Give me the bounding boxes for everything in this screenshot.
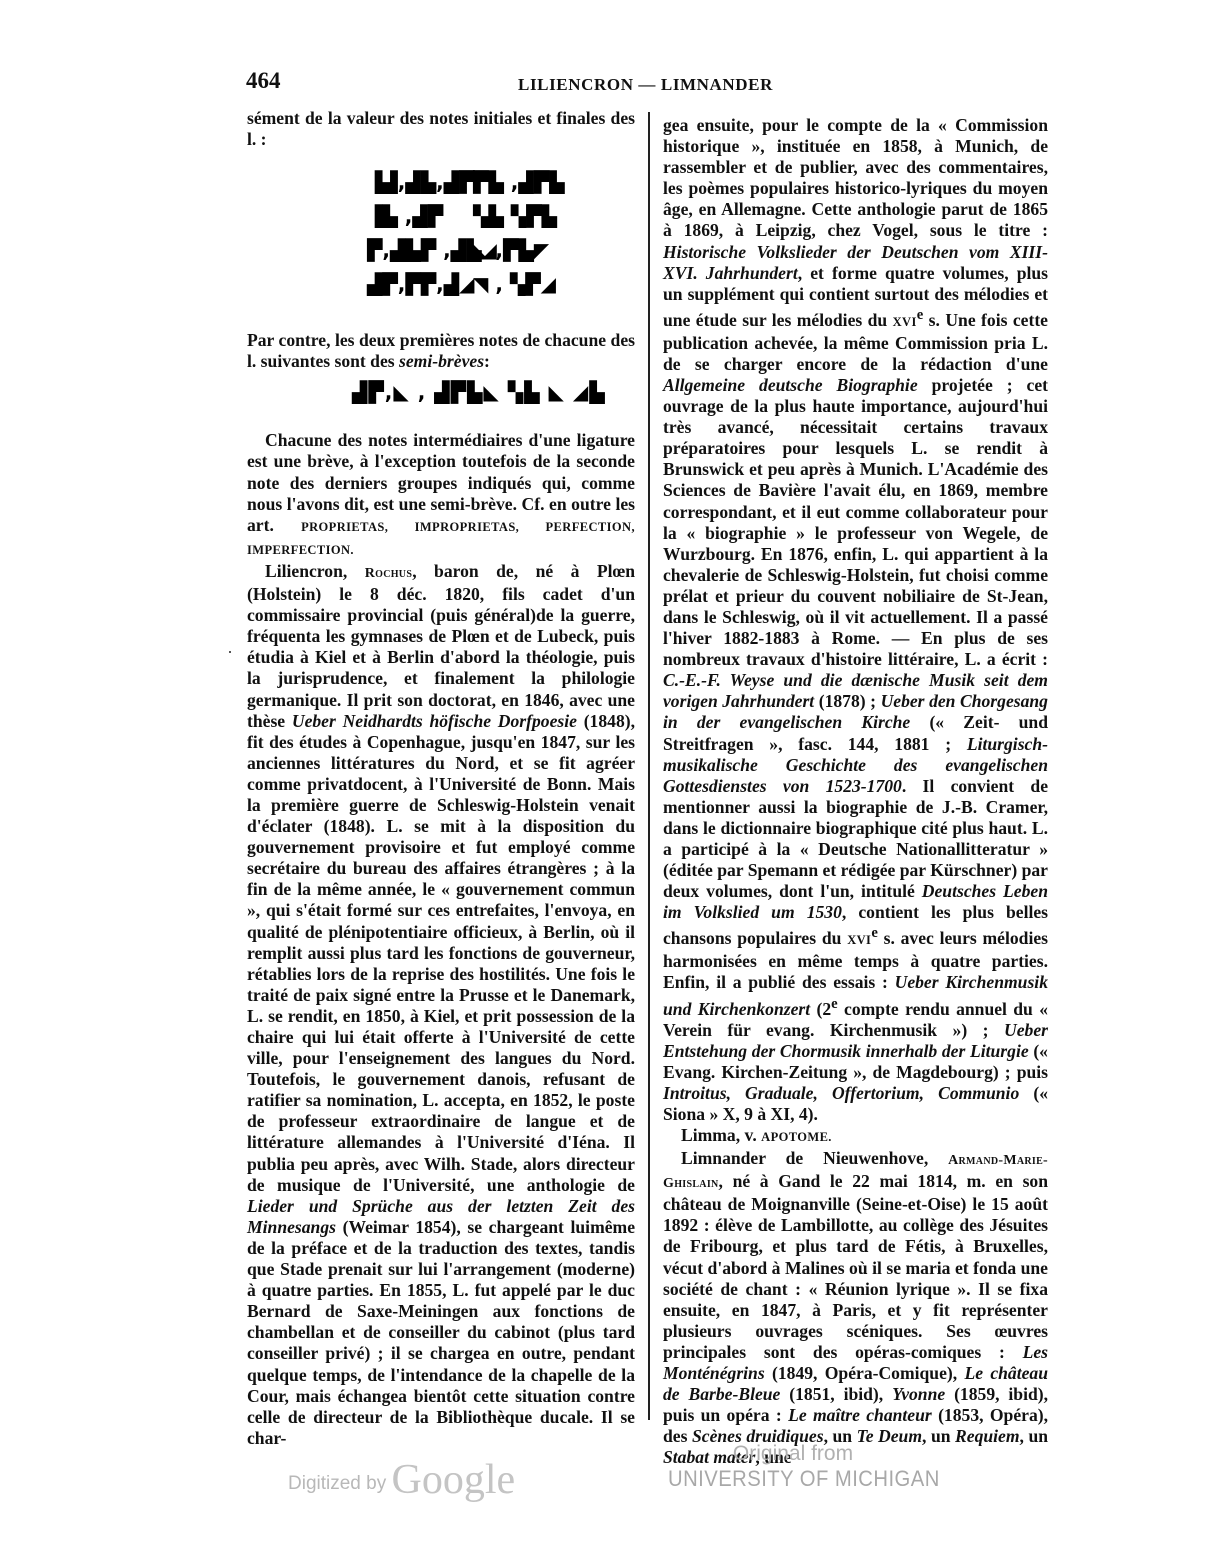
entry-liliencron-continued: gea ensuite, pour le compte de la « Comm… [663,115,1048,1125]
headword: Limma [681,1125,736,1145]
university-name: UNIVERSITY OF MICHIGAN [668,1466,898,1492]
running-title: LILIENCRON — LIMNANDER [518,75,773,95]
entry-text: (2 [810,998,831,1018]
page-header: 464 LILIENCRON — LIMNANDER [246,68,1046,98]
headword: Liliencron [265,561,343,581]
ligature-figure: ◥ , ▚▛◢ [473,274,556,295]
google-wordmark: Google [392,1457,516,1503]
margin-speck [229,651,231,653]
semibreve-term: semi-brèves [399,351,484,371]
ligature-row: ▐▙ ,▟▛ ▚▙ ▚▛▙ [247,206,647,232]
original-from-label: Original from [668,1442,918,1466]
entry-text: (Weimar 1854), se chargeant luimême de l… [247,1217,635,1448]
ligature-figure: ◣ ,▛▙◤ [473,240,549,261]
entry-limma: Limma, v. apotome. [663,1125,1048,1148]
ligature-row: ▐▟,▟▙,▟▛ ▛▙ ,▟▛▙ [247,172,647,198]
original-source-watermark: Original from UNIVERSITY OF MICHIGAN [668,1442,918,1492]
semibreve-colon: : [484,351,490,371]
entry-text: , né à Gand le 22 mai 1814, m. en son ch… [663,1171,1048,1362]
ligature-figure: ▟▛,▛▛,▟◢ [367,274,474,295]
work-title: Le maître chanteur [788,1405,932,1425]
ligature-notation-table: ▐▟,▟▙,▟▛ ▛▙ ,▟▛▙ ▐▙ ,▟▛ ▚▙ ▚▛▙ ▛,▟▙▛ ,▟▙… [247,172,635,304]
ligature-figure: ▛▙ ,▟▛▙ [473,172,564,193]
entry-text: , baron de, né à Plœn (Holstein) le 8 dé… [247,561,635,731]
entry-text: (1878) ; [814,691,880,711]
work-title: Introitus, Graduale, Offertorium, Commun… [663,1083,1019,1103]
book-page: 464 LILIENCRON — LIMNANDER sément de la … [0,0,1207,1562]
work-title: Ueber Neidhardts höfische Dorfpoesie [292,711,577,731]
work-title: Yvonne [892,1384,945,1404]
ligature-figure: ▐▙ ,▟▛ [367,206,443,227]
column-divider [648,112,650,1420]
entry-text: (1848), fit des études à Copenhague, jus… [247,711,635,1195]
digitized-prefix: Digitized by [288,1473,392,1494]
semibreve-paragraph: Par contre, les deux premières notes de … [247,330,635,372]
entry-text: projetée ; cet ouvrage de la plus haute … [663,375,1048,669]
page-number: 464 [246,68,281,94]
ligature-figure: ▚▙ ▚▛▙ [473,206,557,227]
entry-limnander: Limnander de Nieuwenhove, Armand-Marie-G… [663,1148,1048,1468]
entry-liliencron: Liliencron, Rochus, baron de, né à Plœn … [247,561,635,1449]
entry-text: gea ensuite, pour le compte de la « Comm… [663,115,1048,240]
ligature-row: ▛,▟▙▛ ,▟▙◢ ◣ ,▛▙◤ [247,240,647,266]
century-numeral: xvi [893,315,917,329]
century-numeral: xvi [847,933,871,947]
left-column: sément de la valeur des notes initiales … [247,108,635,1449]
work-title: Allgemeine deutsche Biographie [663,375,918,395]
cross-references: proprietas, improprietas, perfection, im… [247,520,635,557]
entry-text: (1851, ibid), [780,1384,892,1404]
ligature-row: ▟▛,▛▛,▟◢ ◥ , ▚▛◢ [247,274,647,300]
chacune-paragraph: Chacune des notes intermédiaires d'une l… [247,430,635,561]
intro-line: sément de la valeur des notes initiales … [247,108,635,150]
entry-text: (1849, Opéra-Comique), [765,1363,965,1383]
cross-reference: apotome. [761,1130,832,1144]
right-column: gea ensuite, pour le compte de la « Comm… [663,115,1048,1468]
entry-given-name: Rochus [365,566,412,581]
digitized-by-google-watermark: Digitized by Google [288,1452,515,1500]
digitization-footer: Digitized by Google Original from UNIVER… [0,1440,1207,1510]
semibreve-ligatures: ▟▛,◣ , ▟▛▙◣ ▚▙ ◣ ◢▙ [247,382,635,412]
headword: Limnander de Nieuwenhove [681,1148,924,1168]
see-prefix: , v. [736,1125,761,1145]
ligature-figure: ▐▟,▟▙,▟▛ [367,172,474,193]
